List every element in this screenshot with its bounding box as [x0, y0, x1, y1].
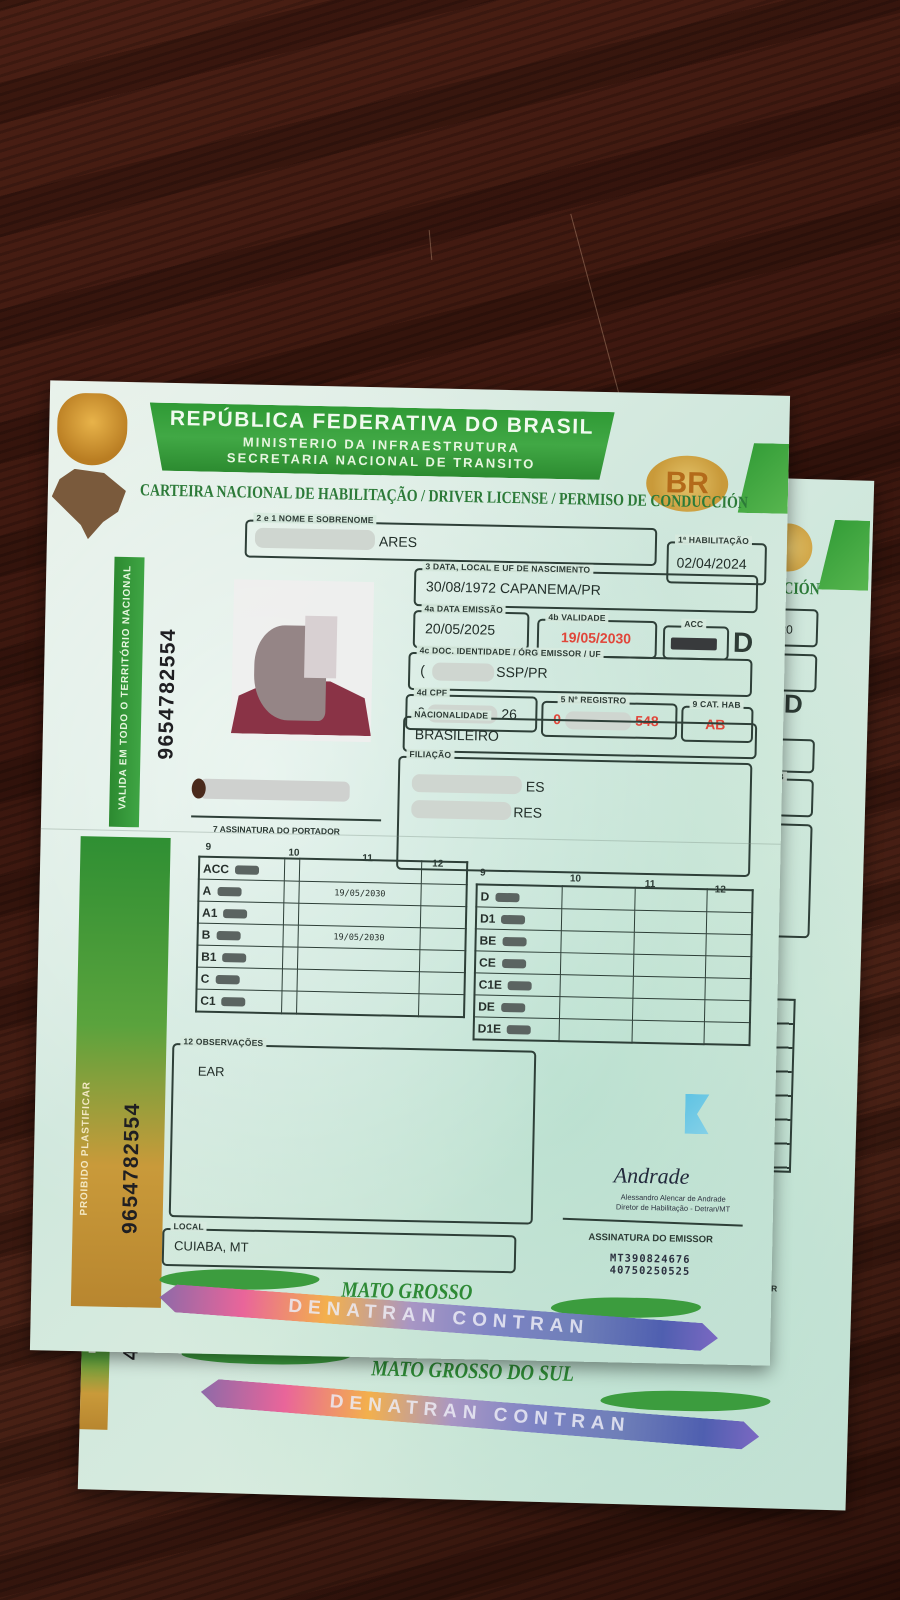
issuer-code-2: 40750250525	[610, 1264, 691, 1278]
category-col-11	[632, 998, 705, 1022]
acc-category-value: D	[733, 627, 754, 659]
category-code: A	[198, 879, 284, 903]
category-row: C1	[196, 989, 464, 1017]
category-col-11	[633, 932, 706, 956]
category-label: C	[201, 971, 210, 985]
category-col-12	[421, 861, 467, 884]
table-scratch	[429, 230, 433, 260]
category-col-11	[297, 969, 420, 994]
category-label: DE	[478, 999, 495, 1013]
category-code: D1	[476, 907, 562, 931]
category-col-10	[560, 975, 633, 999]
category-col-11	[298, 903, 421, 928]
redacted-block	[671, 637, 717, 650]
category-col-10	[560, 953, 633, 977]
bus-icon	[495, 893, 519, 903]
category-label: B	[202, 927, 211, 941]
car-icon	[216, 931, 240, 941]
category-col-12	[706, 912, 752, 935]
category-code: ACC	[199, 857, 285, 881]
redacted-holder-signature	[200, 779, 350, 802]
category-code: A1	[198, 901, 284, 925]
redacted-block	[255, 528, 375, 551]
category-col-10	[282, 991, 297, 1014]
issuer-signature-label: ASSINATURA DO EMISSOR	[588, 1232, 713, 1246]
category-label: D	[480, 889, 489, 903]
category-code: C1E	[474, 973, 560, 997]
category-code: D1E	[474, 1017, 560, 1041]
category-col-11	[299, 859, 422, 884]
issuer-name: Alessandro Alencar de Andrade Diretor de…	[593, 1192, 753, 1215]
category-col-10	[561, 931, 634, 955]
col-header-10: 10	[570, 873, 581, 884]
category-code: C	[197, 967, 283, 991]
scooter-icon	[235, 865, 259, 875]
bus-trailer-icon	[501, 1003, 525, 1013]
category-col-10	[284, 881, 299, 903]
name-field: 2 e 1 NOME E SOBRENOME ARES	[245, 519, 658, 566]
category-col-11	[631, 1020, 704, 1044]
category-code: CE	[475, 951, 561, 975]
truck-icon	[215, 975, 239, 985]
tricycle-icon	[222, 953, 246, 963]
category-col-11	[633, 954, 706, 978]
category-label: C1E	[479, 977, 503, 991]
issue-date-field: 4a DATA EMISSÃO 20/05/2025	[413, 610, 530, 650]
identity-field: 4c DOC. IDENTIDADE / ÓRG EMISSOR / UF ( …	[408, 652, 753, 697]
category-col-12	[705, 978, 751, 1001]
category-col-10	[559, 1019, 632, 1043]
redacted-block	[411, 800, 511, 820]
minibus-icon	[501, 915, 525, 925]
category-col-12	[419, 950, 465, 973]
green-corner-decoration	[818, 519, 870, 590]
category-label: C1	[200, 993, 216, 1007]
category-col-10	[283, 925, 298, 947]
hologram-strip: DENATRAN CONTRAN	[200, 1378, 760, 1451]
back-acc-value: D	[784, 688, 804, 720]
category-col-11	[632, 976, 705, 1000]
category-col-10	[284, 858, 299, 881]
local-field: LOCAL CUIABA, MT	[162, 1228, 517, 1273]
category-col-12	[419, 972, 465, 995]
category-label: A	[202, 883, 211, 897]
moped-icon	[223, 909, 247, 919]
category-col-11	[634, 888, 707, 912]
valid-nationwide-band: VALIDA EM TODO O TERRITÓRIO NACIONAL	[109, 557, 145, 828]
col-header-9: 9	[480, 867, 486, 878]
category-code: B1	[197, 945, 283, 969]
green-wave-decoration	[600, 1389, 770, 1414]
driver-license-front-card: REPÚBLICA FEDERATIVA DO BRASIL MINISTERI…	[30, 380, 790, 1365]
issuer-signature: Andrade	[613, 1162, 689, 1190]
category-row: D1E	[474, 1017, 750, 1045]
category-col-11: 19/05/2030	[299, 881, 422, 906]
category-col-11	[296, 991, 419, 1016]
redacted-block	[432, 662, 494, 681]
issuer-role: Diretor de Habilitação - Detran/MT	[593, 1202, 753, 1215]
category-col-12	[420, 906, 466, 929]
category-col-10	[559, 997, 632, 1021]
brazil-map-icon	[51, 468, 126, 540]
document-number: 9654782554	[154, 628, 181, 760]
detran-logo-icon	[685, 1094, 746, 1135]
category-col-10	[282, 969, 297, 991]
category-col-11	[634, 910, 707, 934]
category-label: BE	[479, 933, 496, 947]
category-label: ACC	[203, 861, 229, 876]
photo-redacted-face	[304, 616, 337, 679]
category-code: C1	[196, 989, 282, 1013]
category-col-12	[419, 994, 465, 1017]
category-col-10	[283, 903, 298, 925]
minibus-trailer-icon	[507, 1025, 531, 1035]
small-truck-trailer-icon	[508, 981, 532, 991]
category-col-12	[704, 1000, 750, 1023]
category-col-12	[421, 884, 467, 907]
category-label: CE	[479, 955, 496, 969]
category-col-12	[705, 956, 751, 979]
car-trailer-icon	[502, 937, 526, 947]
category-col-10	[562, 886, 635, 910]
issuer-codes: MT390824676 40750250525	[610, 1252, 691, 1278]
col-header-9: 9	[205, 842, 211, 853]
category-col-11: 19/05/2030	[298, 925, 421, 950]
category-label: B1	[201, 949, 217, 963]
nationality-field: NACIONALIDADE BRASILEIRO	[403, 716, 758, 759]
category-col-10	[282, 947, 297, 969]
bottom-document-number: 9654782554	[118, 1102, 145, 1234]
holder-signature-line	[191, 815, 381, 821]
redacted-block	[412, 774, 522, 794]
categories-table-left: ACCA19/05/2030A1B19/05/2030B1CC1	[195, 856, 468, 1019]
category-col-12	[704, 1022, 750, 1045]
motorcycle-icon	[217, 887, 241, 897]
coat-of-arms-icon	[56, 393, 127, 466]
category-code: BE	[475, 929, 561, 953]
category-col-10	[561, 909, 634, 933]
observations-field: 12 OBSERVAÇÕES EAR	[169, 1043, 537, 1225]
category-code: B	[197, 923, 283, 947]
parents-field: FILIAÇÃO ES RES	[396, 756, 752, 877]
category-label: D1E	[478, 1021, 502, 1035]
lower-side-stripe	[71, 836, 171, 1308]
small-truck-icon	[222, 997, 246, 1007]
category-code: DE	[474, 995, 560, 1019]
acc-field: ACC	[663, 625, 730, 660]
truck-trailer-icon	[502, 959, 526, 969]
issuer-signature-line	[563, 1218, 743, 1227]
category-col-11	[297, 947, 420, 972]
category-col-12	[420, 928, 466, 951]
category-code: D	[476, 884, 562, 908]
header-band: REPÚBLICA FEDERATIVA DO BRASIL MINISTERI…	[148, 402, 614, 480]
category-col-12	[707, 889, 753, 912]
holder-photo	[231, 579, 374, 742]
categories-table-right: DD1BECEC1EDED1E	[473, 883, 754, 1046]
category-col-12	[706, 934, 752, 957]
category-label: A1	[202, 905, 218, 919]
category-label: D1	[480, 911, 496, 925]
